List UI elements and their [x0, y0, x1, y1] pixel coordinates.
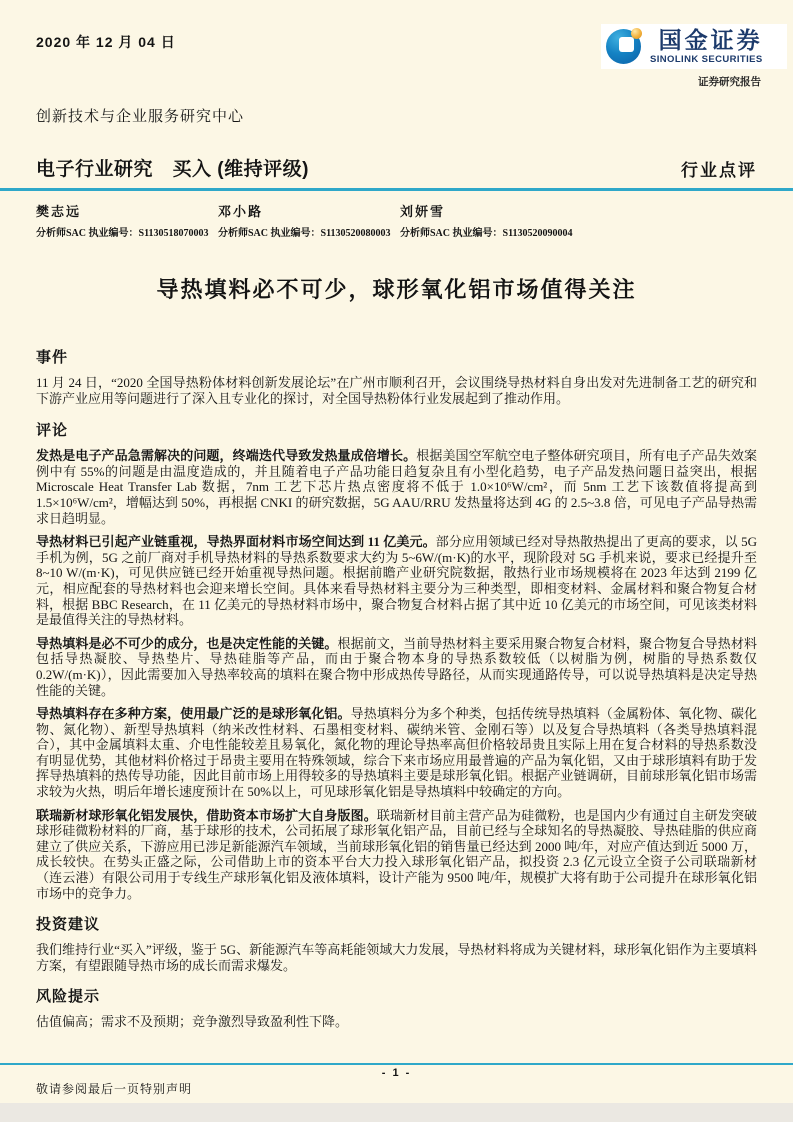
analyst-cert: 分析师SAC 执业编号：S1130518070003	[36, 224, 218, 239]
paragraph-lead: 联瑞新材球形氧化铝发展快，借助资本市场扩大自身版图。	[36, 808, 377, 823]
header-topbar: 2020 年 12 月 04 日 国金证券 SINOLINK SECURITIE…	[0, 0, 793, 89]
report-body: 事件 11 月 24 日，“2020 全国导热粉体材料创新发展论坛”在广州市顺利…	[36, 346, 757, 1030]
analyst-card: 邓小路 分析师SAC 执业编号：S1130520080003	[218, 201, 400, 239]
page-edge-strip	[0, 1103, 793, 1122]
report-kind-label: 行业点评	[681, 156, 757, 181]
comment-paragraph: 导热材料已引起产业链重视，导热界面材料市场空间达到 11 亿美元。部分应用领域已…	[36, 534, 757, 628]
analysts-row: 樊志远 分析师SAC 执业编号：S1130518070003 邓小路 分析师SA…	[36, 201, 757, 239]
logo-notch-shape	[619, 37, 634, 52]
section-heading-risk: 风险提示	[36, 985, 757, 1006]
risk-paragraph: 估值偏高；需求不及预期；竞争激烈导致盈利性下降。	[36, 1014, 757, 1030]
report-page: 2020 年 12 月 04 日 国金证券 SINOLINK SECURITIE…	[0, 0, 793, 1122]
brand-name-en: SINOLINK SECURITIES	[650, 55, 763, 65]
brand-name-cn: 国金证券	[650, 29, 763, 52]
analyst-name: 樊志远	[36, 201, 218, 220]
paragraph-lead: 导热填料是必不可少的成分，也是决定性能的关键。	[36, 636, 338, 651]
research-report-tagline: 证券研究报告	[601, 74, 787, 89]
sinolink-logo: 国金证券 SINOLINK SECURITIES	[601, 24, 787, 69]
footer-divider-line	[0, 1063, 793, 1065]
footer-disclaimer: 敬请参阅最后一页特别声明	[36, 1080, 192, 1097]
paragraph-text: 我们维持行业“买入”评级，鉴于 5G、新能源汽车等高耗能领域大力发展，导热材料将…	[36, 942, 757, 973]
industry-rating-label: 电子行业研究 买入 (维持评级)	[36, 154, 309, 181]
logo-gold-ball	[631, 28, 642, 39]
section-heading-comment: 评论	[36, 419, 757, 440]
comment-paragraph: 导热填料存在多种方案，使用最广泛的是球形氧化铝。导热填料分为多个种类，包括传统导…	[36, 706, 757, 800]
advice-paragraph: 我们维持行业“买入”评级，鉴于 5G、新能源汽车等高耗能领域大力发展，导热材料将…	[36, 942, 757, 973]
analyst-card: 刘妍雪 分析师SAC 执业编号：S1130520090004	[400, 201, 582, 239]
paragraph-text: 估值偏高；需求不及预期；竞争激烈导致盈利性下降。	[36, 1014, 348, 1029]
brand-block: 国金证券 SINOLINK SECURITIES 证券研究报告	[601, 24, 787, 89]
section-heading-event: 事件	[36, 346, 757, 367]
report-title: 导热填料必不可少，球形氧化铝市场值得关注	[30, 273, 763, 304]
section-heading-advice: 投资建议	[36, 913, 757, 934]
sinolink-logo-icon	[606, 28, 643, 65]
page-number: - 1 -	[0, 1067, 793, 1079]
paragraph-lead: 导热填料存在多种方案，使用最广泛的是球形氧化铝。	[36, 706, 351, 721]
paragraph-text: 11 月 24 日，“2020 全国导热粉体材料创新发展论坛”在广州市顺利召开，…	[36, 375, 757, 406]
report-date: 2020 年 12 月 04 日	[36, 24, 176, 89]
analyst-name: 刘妍雪	[400, 201, 582, 220]
brand-names: 国金证券 SINOLINK SECURITIES	[650, 29, 763, 65]
event-paragraph: 11 月 24 日，“2020 全国导热粉体材料创新发展论坛”在广州市顺利召开，…	[36, 375, 757, 406]
report-category-line: 电子行业研究 买入 (维持评级) 行业点评	[36, 154, 757, 181]
paragraph-lead: 导热材料已引起产业链重视，导热界面材料市场空间达到 11 亿美元。	[36, 534, 436, 549]
comment-paragraph: 联瑞新材球形氧化铝发展快，借助资本市场扩大自身版图。联瑞新材目前主营产品为硅微粉…	[36, 808, 757, 902]
research-center-name: 创新技术与企业服务研究中心	[36, 105, 757, 126]
header-divider-line	[0, 188, 793, 191]
analyst-cert: 分析师SAC 执业编号：S1130520090004	[400, 224, 582, 239]
paragraph-lead: 发热是电子产品急需解决的问题，终端迭代导致发热量成倍增长。	[36, 448, 416, 463]
analyst-name: 邓小路	[218, 201, 400, 220]
comment-paragraph: 发热是电子产品急需解决的问题，终端迭代导致发热量成倍增长。根据美国空军航空电子整…	[36, 448, 757, 526]
analyst-card: 樊志远 分析师SAC 执业编号：S1130518070003	[36, 201, 218, 239]
comment-paragraph: 导热填料是必不可少的成分，也是决定性能的关键。根据前文，当前导热材料主要采用聚合…	[36, 636, 757, 698]
analyst-cert: 分析师SAC 执业编号：S1130520080003	[218, 224, 400, 239]
